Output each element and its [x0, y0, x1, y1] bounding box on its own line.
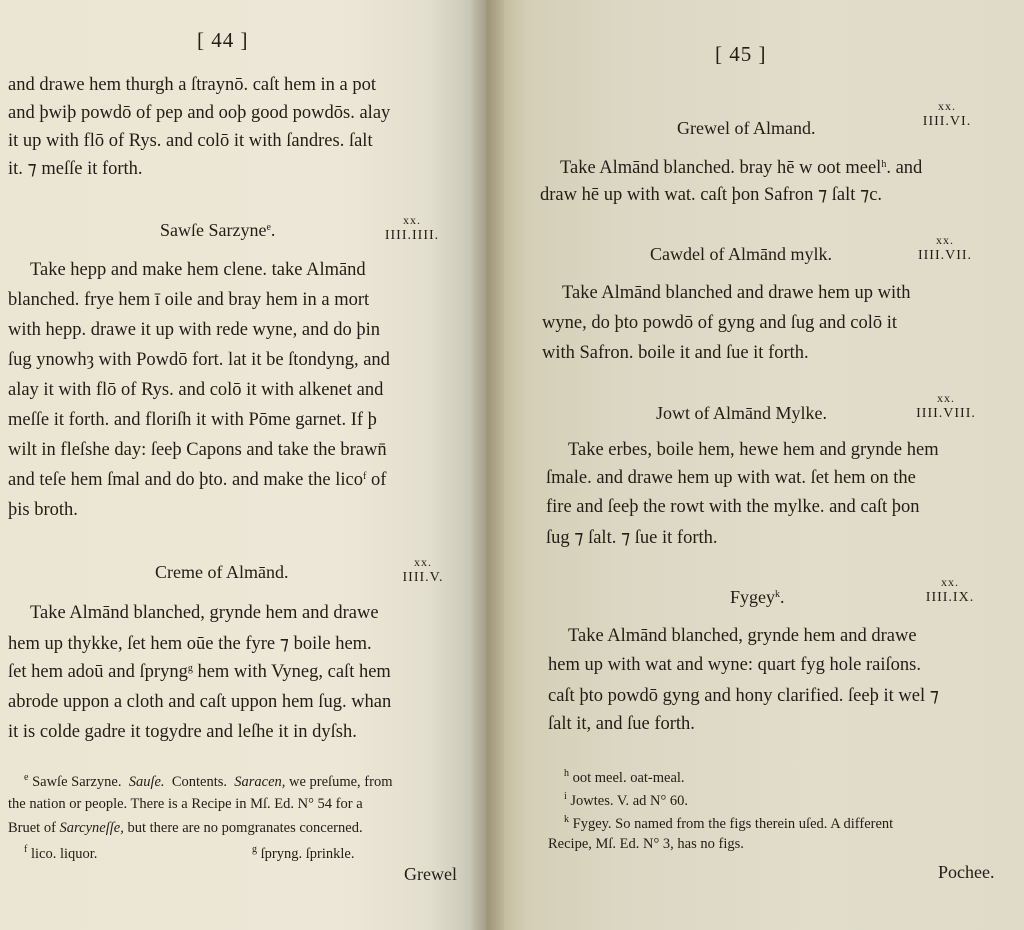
text-line: and þwiþ powdō of pep and ooþ good powdō… — [8, 103, 390, 124]
text-line: with hepp. drawe it up with rede wyne, a… — [8, 320, 380, 341]
text-line: caſt þto powdō gyng and hony clarified. … — [548, 685, 939, 707]
text-line: Take Almānd blanched and drawe hem up wi… — [562, 283, 911, 304]
text-line: hem up with wat and wyne: quart fyg hole… — [548, 655, 921, 676]
recipe-number: xx. IIII.V. — [398, 554, 448, 586]
footnote: Recipe, Mſ. Ed. N° 3, has no figs. — [548, 836, 744, 853]
page-number: [ 45 ] — [715, 42, 767, 67]
text-line: Take Almānd blanched, grynde hem and dra… — [568, 626, 917, 647]
text-line: ſmale. and drawe hem up with wat. ſet he… — [546, 468, 916, 489]
recipe-number: xx. IIII.VII. — [900, 232, 990, 264]
text-line: Take hepp and make hem clene. take Almān… — [30, 260, 366, 281]
footnote: f lico. liquor. — [24, 844, 97, 863]
text-line: fire and ſeeþ the rowt with the mylke. a… — [546, 497, 919, 518]
left-page: [ 44 ] and drawe hem thurgh a ſtraynō. c… — [0, 0, 486, 930]
recipe-number: xx. IIII.VIII. — [898, 390, 994, 422]
text-line: wyne, do þto powdō of gyng and ſug and c… — [542, 313, 897, 334]
text-line: meſſe it forth. and floriſh it with Pōme… — [8, 410, 377, 431]
page-number: [ 44 ] — [197, 28, 249, 53]
recipe-title: Sawſe Sarzynee. — [160, 220, 275, 241]
book-spread: [ 44 ] and drawe hem thurgh a ſtraynō. c… — [0, 0, 1024, 930]
text-line: it up with flō of Rys. and colō it with … — [8, 131, 373, 152]
footnote: g ſpryng. ſprinkle. — [252, 844, 354, 863]
text-line: alay it with flō of Rys. and colō it wit… — [8, 380, 383, 401]
text-line: it is colde gadre it togydre and leſhe i… — [8, 722, 357, 743]
text-line: it. ⁊ meſſe it forth. — [8, 158, 143, 180]
text-line: ſug ynowhȝ with Powdō fort. lat it be ſt… — [8, 350, 390, 371]
text-line: Take erbes, boile hem, hewe hem and gryn… — [568, 440, 939, 461]
catchword: Grewel — [404, 864, 457, 885]
text-line: draw hē up with wat. caſt þon Safron ⁊ ſ… — [540, 184, 882, 206]
text-line: ſalt it, and ſue forth. — [548, 714, 695, 735]
footnote: h oot meel. oat-meal. — [564, 768, 685, 787]
text-line: þis broth. — [8, 500, 78, 521]
recipe-title: Creme of Almānd. — [155, 562, 288, 583]
text-line: hem up thykke, ſet hem oūe the fyre ⁊ bo… — [8, 633, 372, 655]
text-line: with Safron. boile it and ſue it forth. — [542, 343, 809, 364]
recipe-title: Fygeyk. — [730, 587, 785, 608]
recipe-number: xx. IIII.IX. — [912, 574, 988, 606]
text-line: wilt in fleſshe day: ſeeþ Capons and tak… — [8, 440, 387, 461]
footnote: e Sawſe Sarzyne. Sauſe. Contents. Sarace… — [24, 772, 393, 791]
recipe-title: Grewel of Almand. — [677, 118, 815, 139]
footnote: k Fygey. So named from the figs therein … — [564, 814, 893, 833]
recipe-title: Cawdel of Almānd mylk. — [650, 244, 832, 265]
recipe-title: Jowt of Almānd Mylke. — [656, 403, 827, 424]
text-line: ſug ⁊ ſalt. ⁊ ſue it forth. — [546, 527, 718, 549]
text-line: ſet hem adoū and ſpryngg hem with Vyneg,… — [8, 662, 391, 683]
footnote: i Jowtes. V. ad N° 60. — [564, 791, 688, 810]
text-line: abrode uppon a cloth and caſt uppon hem … — [8, 692, 391, 713]
text-line: Take Almānd blanched. bray hē w oot meel… — [560, 158, 922, 179]
book-gutter — [470, 0, 504, 930]
text-line: blanched. frye hem ī oile and bray hem i… — [8, 290, 369, 311]
catchword: Pochee. — [938, 862, 994, 883]
text-line: and drawe hem thurgh a ſtraynō. caſt hem… — [8, 75, 376, 96]
text-line: and teſe hem ſmal and do þto. and make t… — [8, 470, 386, 491]
footnote: Bruet of Sarcyneſſe, but there are no po… — [8, 820, 363, 837]
text-line: Take Almānd blanched, grynde hem and dra… — [30, 603, 379, 624]
recipe-number: xx. IIII.VI. — [912, 98, 982, 130]
footnote: the nation or people. There is a Recipe … — [8, 796, 363, 813]
recipe-number: xx. IIII.IIII. — [372, 212, 452, 244]
